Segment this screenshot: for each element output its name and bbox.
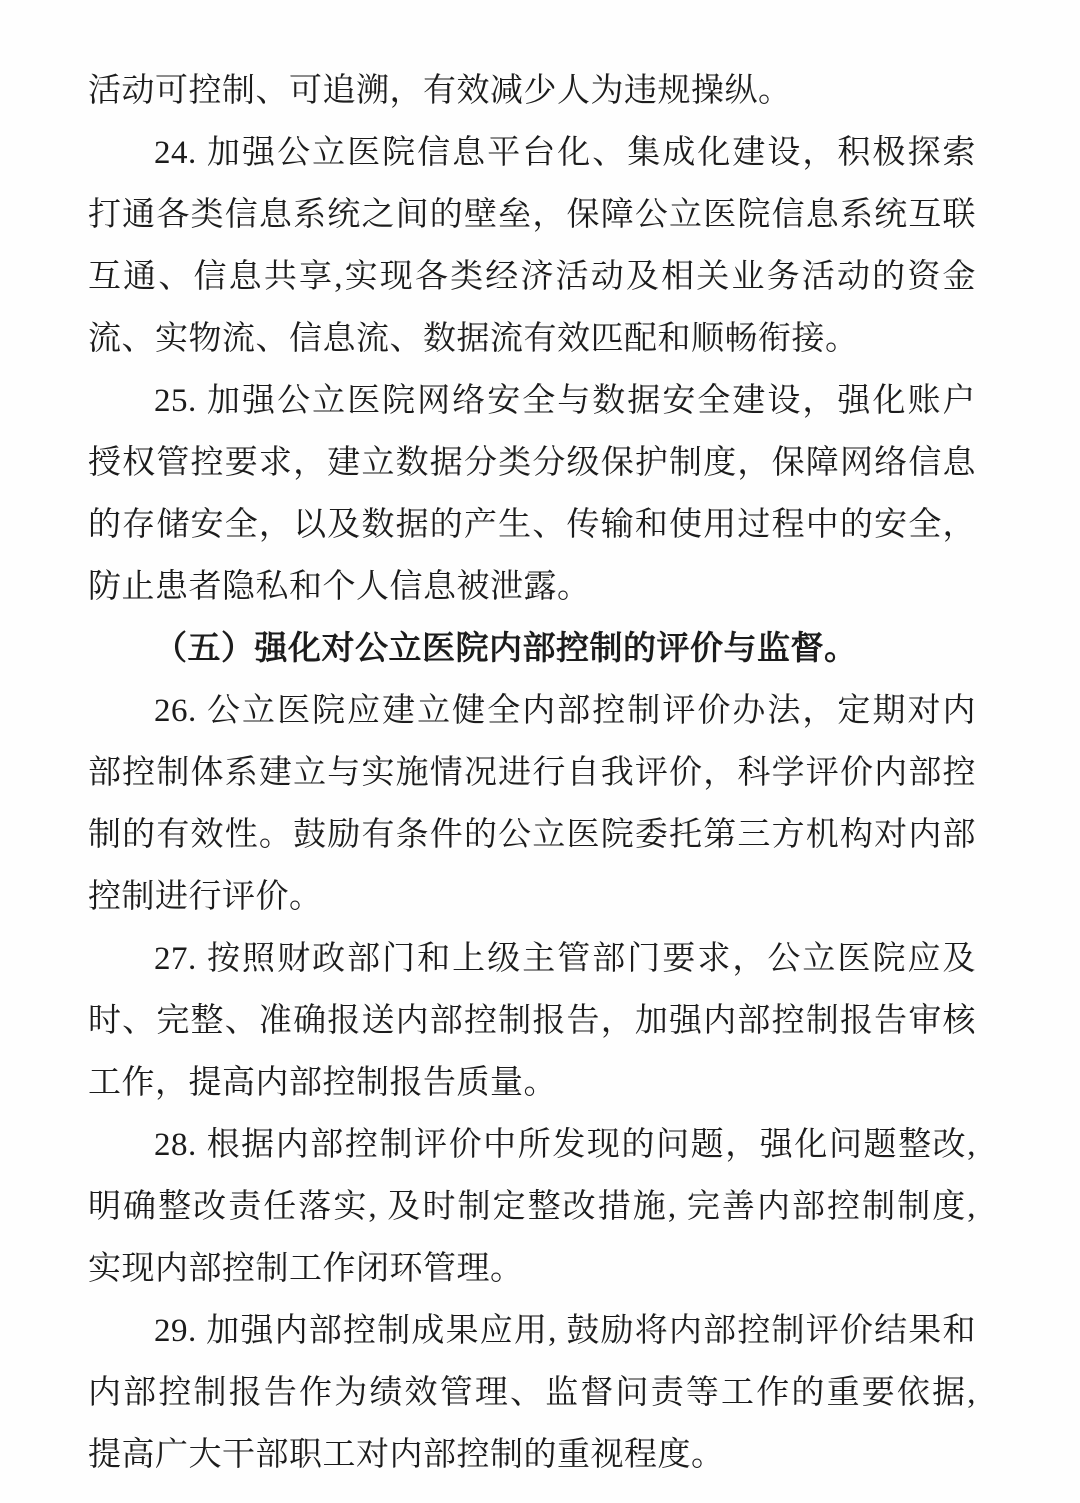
text-line-6: 25. 加强公立医院网络安全与数据安全建设，强化账户 [88, 370, 976, 432]
text-line-4: 互通、信息共享,实现各类经济活动及相关业务活动的资金 [88, 246, 976, 308]
text-line-21: 29. 加强内部控制成果应用, 鼓励将内部控制评价结果和 [88, 1300, 976, 1362]
text-line-17: 工作，提高内部控制报告质量。 [88, 1052, 976, 1114]
document-text-block: 活动可控制、可追溯，有效减少人为违规操纵。24. 加强公立医院信息平台化、集成化… [88, 60, 976, 1486]
text-line-7: 授权管控要求，建立数据分类分级保护制度，保障网络信息 [88, 432, 976, 494]
text-line-15: 27. 按照财政部门和上级主管部门要求，公立医院应及 [88, 928, 976, 990]
document-page: 活动可控制、可追溯，有效减少人为违规操纵。24. 加强公立医院信息平台化、集成化… [0, 0, 1080, 1503]
text-line-8: 的存储安全，以及数据的产生、传输和使用过程中的安全， [88, 494, 976, 556]
text-line-9: 防止患者隐私和个人信息被泄露。 [88, 556, 976, 618]
text-line-14: 控制进行评价。 [88, 866, 976, 928]
text-line-1: 活动可控制、可追溯，有效减少人为违规操纵。 [88, 60, 976, 122]
text-line-12: 部控制体系建立与实施情况进行自我评价，科学评价内部控 [88, 742, 976, 804]
text-line-19: 明确整改责任落实, 及时制定整改措施, 完善内部控制制度, [88, 1176, 976, 1238]
text-line-3: 打通各类信息系统之间的壁垒，保障公立医院信息系统互联 [88, 184, 976, 246]
text-line-16: 时、完整、准确报送内部控制报告，加强内部控制报告审核 [88, 990, 976, 1052]
text-line-23: 提高广大干部职工对内部控制的重视程度。 [88, 1424, 976, 1486]
text-line-18: 28. 根据内部控制评价中所发现的问题，强化问题整改, [88, 1114, 976, 1176]
text-line-11: 26. 公立医院应建立健全内部控制评价办法，定期对内 [88, 680, 976, 742]
text-line-2: 24. 加强公立医院信息平台化、集成化建设，积极探索 [88, 122, 976, 184]
text-line-13: 制的有效性。鼓励有条件的公立医院委托第三方机构对内部 [88, 804, 976, 866]
text-line-20: 实现内部控制工作闭环管理。 [88, 1238, 976, 1300]
text-line-5: 流、实物流、信息流、数据流有效匹配和顺畅衔接。 [88, 308, 976, 370]
section-heading: （五）强化对公立医院内部控制的评价与监督。 [88, 618, 976, 680]
text-line-22: 内部控制报告作为绩效管理、监督问责等工作的重要依据, [88, 1362, 976, 1424]
